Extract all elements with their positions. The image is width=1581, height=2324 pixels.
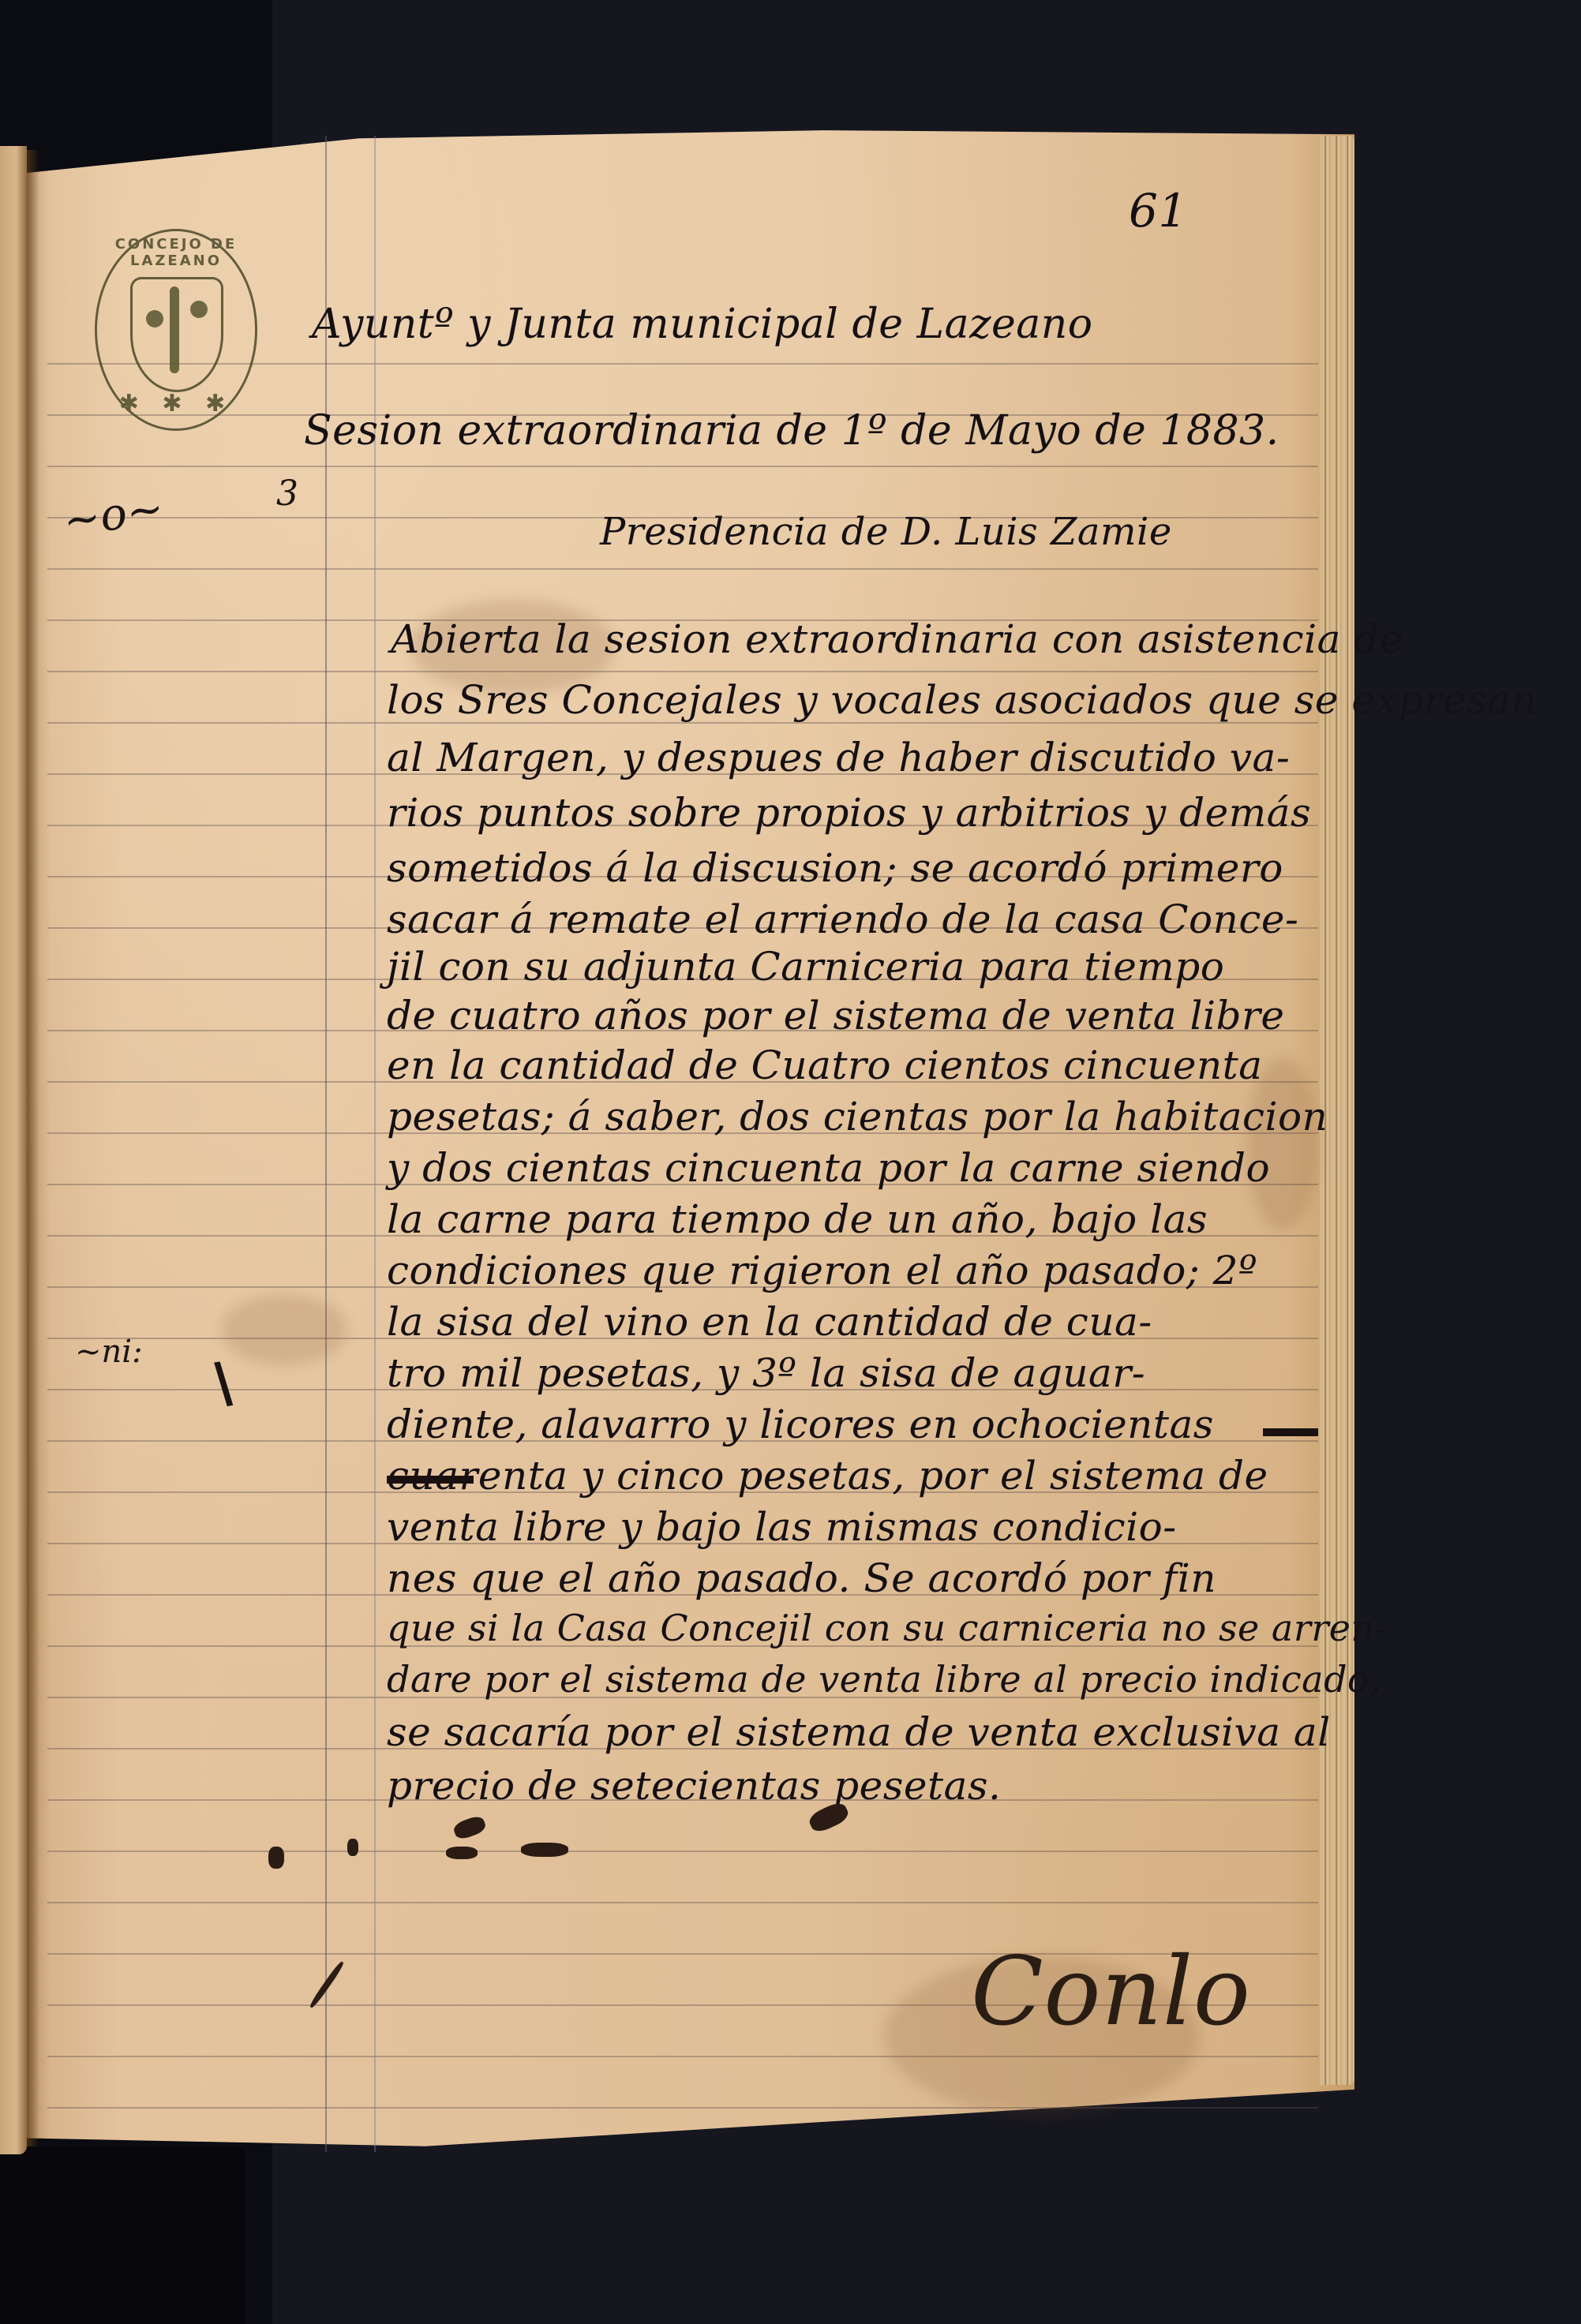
body-line: y dos cientas cincuenta por la carne sie…: [387, 1148, 1270, 1188]
body-line: condiciones que rigieron el año pasado; …: [387, 1251, 1257, 1290]
page-number: 61: [1129, 188, 1188, 234]
seal-tree-icon: [170, 286, 179, 373]
body-line: cuarenta y cinco pesetas, por el sistema…: [387, 1456, 1268, 1495]
ruled-line: [47, 2107, 1318, 2109]
seal-stars-icon: ✱ ✱ ✱: [97, 390, 255, 417]
ruled-line: [47, 466, 1318, 467]
seal-charge-icon: [146, 310, 163, 327]
body-line: tro mil pesetas, y 3º la sisa de aguar-: [387, 1353, 1145, 1393]
heading-council: Ayuntº y Junta municipal de Lazeano: [312, 304, 1093, 345]
ink-blot: [347, 1839, 358, 1856]
body-line: la carne para tiempo de un año, bajo las: [387, 1199, 1208, 1239]
body-line: nes que el año pasado. Se acordó por fin: [387, 1559, 1216, 1598]
body-line: de cuatro años por el sistema de venta l…: [387, 996, 1284, 1035]
margin-number: 3: [276, 473, 298, 514]
stain: [221, 1294, 347, 1365]
body-line: en la cantidad de Cuatro cientos cincuen…: [387, 1046, 1263, 1085]
body-line: los Sres Concejales y vocales asociados …: [387, 680, 1537, 720]
gutter-shadow: [27, 150, 39, 2146]
body-line: diente, alavarro y licores en ochocienta…: [387, 1405, 1214, 1444]
ink-blot: [268, 1847, 284, 1869]
ruled-line: [47, 1851, 1318, 1852]
ruled-line: [47, 671, 1318, 672]
body-line: pesetas; á saber, dos cientas por la hab…: [387, 1097, 1328, 1136]
signature: Conlo: [971, 1945, 1250, 2040]
body-line: al Margen, y despues de haber discutido …: [387, 738, 1290, 777]
body-line: Abierta la sesion extraordinaria con asi…: [391, 619, 1403, 659]
seal-text: CONCEJO DE LAZEANO: [97, 236, 255, 269]
strikethrough-correction: [1263, 1428, 1318, 1436]
margin-mark: ~ni:: [75, 1334, 143, 1370]
municipal-seal-stamp: CONCEJO DE LAZEANO ✱ ✱ ✱: [95, 229, 257, 431]
body-line: jil con su adjunta Carniceria para tiemp…: [387, 947, 1224, 986]
body-line: se sacaría por el sistema de venta exclu…: [387, 1712, 1331, 1752]
previous-page-edge: [0, 146, 27, 2154]
ruled-line: [47, 568, 1318, 570]
heading-session-date: Sesion extraordinaria de 1º de Mayo de 1…: [304, 410, 1279, 451]
seal-charge-icon: [190, 301, 208, 318]
strikethrough-correction: [387, 1476, 474, 1484]
background-bottom-left: [0, 2146, 245, 2324]
body-line: sometidos á la discusion; se acordó prim…: [387, 848, 1283, 888]
body-line: que si la Casa Concejil con su carniceri…: [387, 1610, 1388, 1646]
body-line: rios puntos sobre propios y arbitrios y …: [387, 793, 1311, 833]
ink-blot: [446, 1847, 478, 1859]
body-line: venta libre y bajo las mismas condicio-: [387, 1507, 1177, 1547]
ruled-line: [47, 1902, 1318, 1903]
body-line: sacar á remate el arriendo de la casa Co…: [387, 900, 1298, 939]
ink-blot: [521, 1843, 568, 1857]
body-line: la sisa del vino en la cantidad de cua-: [387, 1302, 1152, 1342]
body-line: dare por el sistema de venta libre al pr…: [387, 1661, 1381, 1697]
heading-presidency: Presidencia de D. Luis Zamie: [600, 513, 1172, 551]
body-line: precio de setecientas pesetas.: [387, 1766, 1001, 1806]
